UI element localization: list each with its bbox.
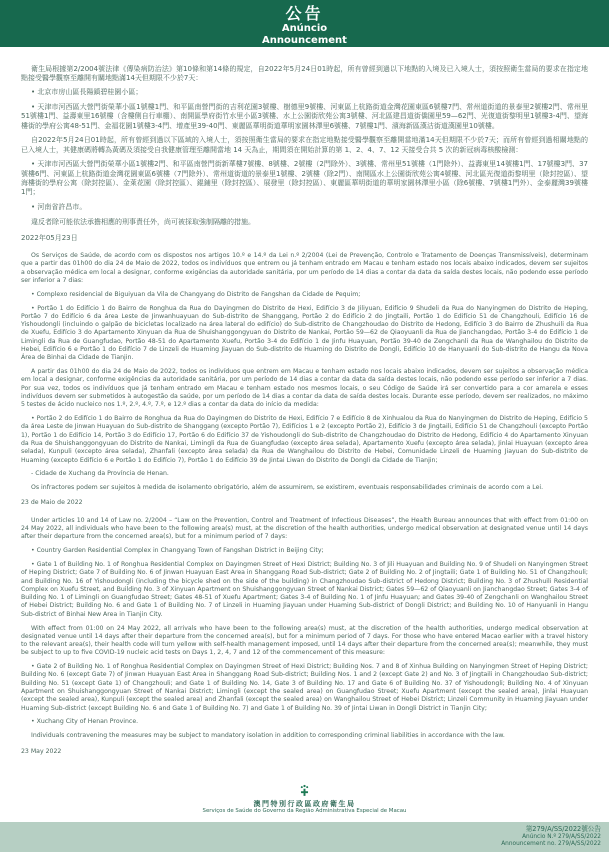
section-chinese: 衛生局根據第2/2004號法律《傳染病防治法》第10條和第14條的規定，自202… xyxy=(21,65,588,244)
date-line: 23 de Maio de 2022 xyxy=(21,499,588,507)
paragraph: A partir das 01h00 do dia 24 de Maio de … xyxy=(21,368,588,409)
page-title-zh: 公告 xyxy=(0,5,609,23)
bullet-item: • 天津市河西區大營門街榮華小區1號樓2門、和平區南營門街新華樓7號樓、8號樓、… xyxy=(21,160,588,197)
announcement-number-bar: 第279/A/SS/2022號公告 Anúncio N.º 279/A/SS/2… xyxy=(0,822,609,852)
section-english: Under articles 10 and 14 of Law no. 2/20… xyxy=(21,517,588,756)
announcement-number-block: 第279/A/SS/2022號公告 Anúncio N.º 279/A/SS/2… xyxy=(501,825,601,849)
bullet-item: • Xuchang City of Henan Province. xyxy=(21,718,588,726)
paragraph: 衛生局根據第2/2004號法律《傳染病防治法》第10條和第14條的規定，自202… xyxy=(21,65,588,83)
paragraph: 違反者除可能依法承擔相應的刑事責任外，尚可被採取強制隔離的措施。 xyxy=(21,218,588,227)
paragraph: 自2022年5月24日01時起，所有曾經到過以下區域的入境人士，須按照衛生當局的… xyxy=(21,136,588,154)
announcement-number-pt: Anúncio N.º 279/A/SS/2022 xyxy=(501,834,601,842)
health-bureau-logo-icon xyxy=(297,784,312,799)
date-line: 23 May 2022 xyxy=(21,748,588,756)
bullet-item: • Portão 1 do Edifício 1 do Bairro de Ro… xyxy=(21,305,588,363)
paragraph: Individuals contravening the measures ma… xyxy=(21,732,588,740)
bullet-item: • Complexo residencial de Biguiyuan da V… xyxy=(21,291,588,299)
issuer-block: 澳門特別行政區政府衛生局 Serviços de Saúde do Govern… xyxy=(0,784,609,816)
bullet-item: • 天津市河西區大營門街榮華小區1號樓1門、和平區南營門街的吉利花園3號樓、樹德… xyxy=(21,103,588,131)
page-title-en: Announcement xyxy=(0,35,609,47)
bullet-item: • Country Garden Residential Complex in … xyxy=(21,547,588,555)
announcement-page: 公告 Anúncio Announcement 衛生局根據第2/2004號法律《… xyxy=(0,0,609,852)
announcement-number-zh: 第279/A/SS/2022號公告 xyxy=(501,825,601,834)
bullet-item: • Gate 1 of Building No. 1 of Ronghua Re… xyxy=(21,561,588,619)
bullet-item: • Gate 2 of Building No. 1 of Ronghua Re… xyxy=(21,663,588,713)
paragraph: Under articles 10 and 14 of Law no. 2/20… xyxy=(21,517,588,542)
paragraph: Os infractores podem ser sujeitos à medi… xyxy=(21,484,588,492)
announcement-header: 公告 Anúncio Announcement xyxy=(0,0,609,47)
bullet-item: • Portão 2 do Edifício 1 do Bairro de Ro… xyxy=(21,415,588,465)
section-portuguese: Os Serviços de Saúde, de acordo com os d… xyxy=(21,252,588,508)
footer: 澳門特別行政區政府衛生局 Serviços de Saúde do Govern… xyxy=(0,784,609,852)
announcement-number-en: Announcement no. 279/A/SS/2022 xyxy=(501,841,601,849)
paragraph: With effect from 01:00 on 24 May 2022, a… xyxy=(21,625,588,658)
paragraph: Os Serviços de Saúde, de acordo com os d… xyxy=(21,252,588,285)
page-title-pt: Anúncio xyxy=(0,23,609,35)
bullet-item: • 河南省許昌市。 xyxy=(21,203,588,212)
date-line: 2022年05月23日 xyxy=(21,234,588,243)
issuer-name-zh: 澳門特別行政區政府衛生局 xyxy=(0,800,609,809)
bullet-item: • 北京市房山區長陽鎮碧桂園小區； xyxy=(21,88,588,97)
announcement-body: 衛生局根據第2/2004號法律《傳染病防治法》第10條和第14條的規定，自202… xyxy=(0,47,609,756)
bullet-item: - Cidade de Xuchang da Província de Hena… xyxy=(21,470,588,478)
issuer-name-pt: Serviços de Saúde do Governo da Região A… xyxy=(0,808,609,815)
